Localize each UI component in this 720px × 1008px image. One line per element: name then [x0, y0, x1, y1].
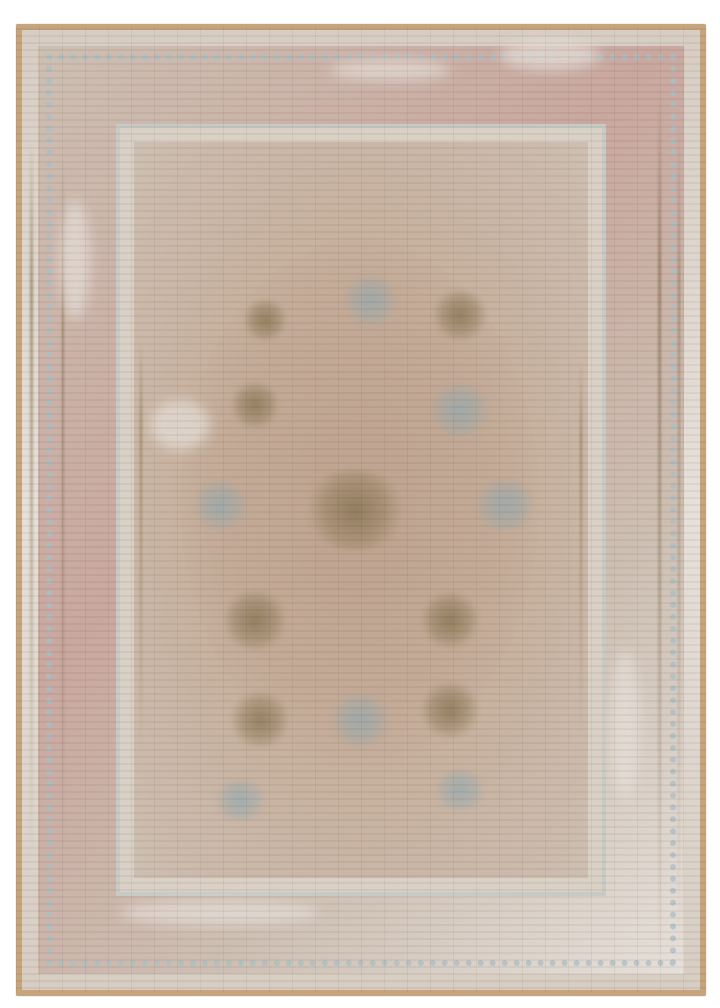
- rug-center-medallion: [180, 240, 540, 760]
- rug-bottom-edge-binding: [16, 993, 706, 996]
- rug: [16, 24, 706, 996]
- rug-top-edge-binding: [16, 24, 706, 27]
